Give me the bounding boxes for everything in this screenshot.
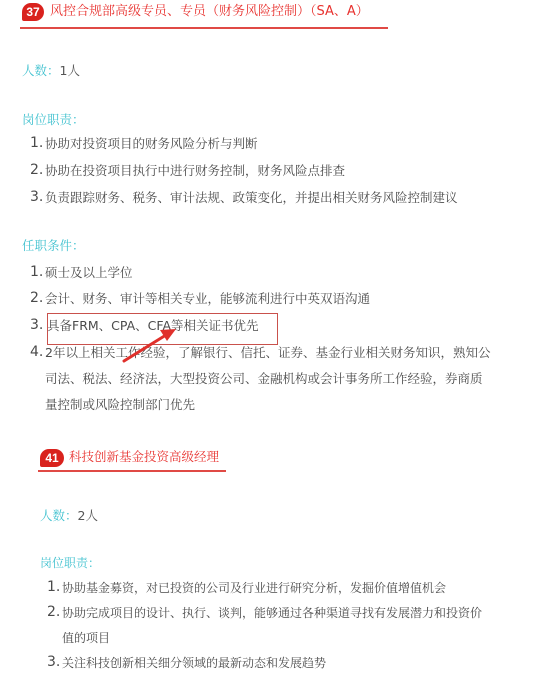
headcount-label: 人数： — [40, 508, 78, 523]
headcount: 人数：2人 — [40, 507, 98, 525]
job-title: 科技创新基金投资高级经理 — [69, 447, 219, 467]
list-number: 2. — [47, 603, 60, 621]
list-item: 协助基金募资，对已投资的公司及行业进行研究分析，发掘价值增值机会 — [62, 579, 446, 597]
headcount-value: 2人 — [78, 508, 98, 523]
duties-label: 岗位职责： — [40, 554, 100, 572]
header-underline — [38, 470, 226, 472]
list-item-continuation: 值的项目 — [62, 629, 110, 647]
list-item: 协助完成项目的设计、执行、谈判，能够通过各种渠道寻找有发展潜力和投资价 — [62, 604, 482, 622]
list-item: 关注科技创新相关细分领域的最新动态和发展趋势 — [62, 654, 326, 672]
list-number: 1. — [47, 578, 60, 596]
list-number: 3. — [47, 653, 60, 671]
number-badge: 41 — [40, 449, 64, 467]
